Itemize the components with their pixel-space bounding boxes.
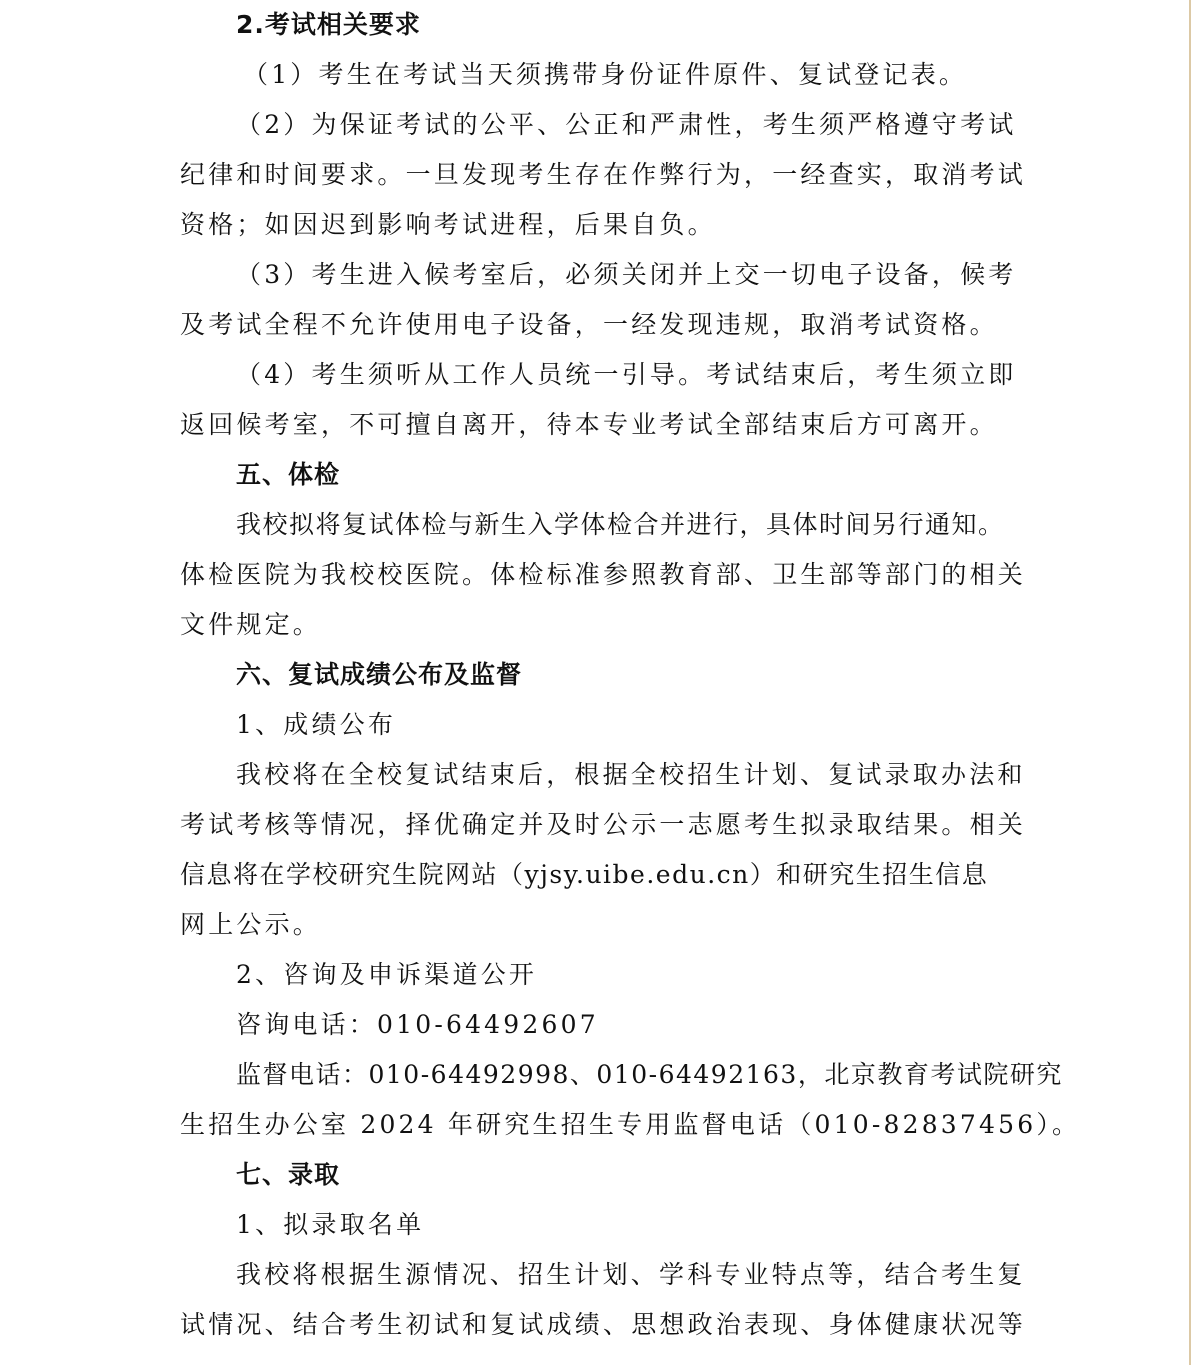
admission-line-1: 我校将根据生源情况、招生计划、学科专业特点等，结合考生复 — [236, 1250, 1026, 1300]
results-line-2: 考试考核等情况，择优确定并及时公示一志愿考生拟录取结果。相关 — [180, 800, 1026, 850]
section-heading-admission: 七、录取 — [236, 1150, 340, 1200]
requirement-2-line-1: （2）为保证考试的公平、公正和严肃性，考生须严格遵守考试 — [236, 100, 1017, 150]
subsection-title-inquiry-appeal: 2、咨询及申诉渠道公开 — [236, 950, 537, 1000]
admission-line-2: 试情况、结合考生初试和复试成绩、思想政治表现、身体健康状况等 — [180, 1300, 1026, 1350]
supervision-phone-line-1: 监督电话：010-64492998、010-64492163，北京教育考试院研究 — [236, 1050, 1063, 1100]
subsection-title-results-publication: 1、成绩公布 — [236, 700, 396, 750]
physical-exam-line-1: 我校拟将复试体检与新生入学体检合并进行，具体时间另行通知。 — [236, 500, 1005, 550]
section-heading-exam-requirements: 2.考试相关要求 — [236, 0, 421, 50]
supervision-phone-line-2: 生招生办公室 2024 年研究生招生专用监督电话（010-82837456）。 — [180, 1100, 1080, 1150]
results-line-3-with-website: 信息将在学校研究生院网站（yjsy.uibe.edu.cn）和研究生招生信息 — [180, 850, 988, 900]
section-heading-results-supervision: 六、复试成绩公布及监督 — [236, 650, 522, 700]
requirement-1-line-1: （1）考生在考试当天须携带身份证件原件、复试登记表。 — [243, 50, 967, 100]
requirement-2-line-2: 纪律和时间要求。一旦发现考生存在作弊行为，一经查实，取消考试 — [180, 150, 1026, 200]
requirement-3-line-2: 及考试全程不允许使用电子设备，一经发现违规，取消考试资格。 — [180, 300, 998, 350]
physical-exam-line-3: 文件规定。 — [180, 600, 321, 650]
requirement-4-line-2: 返回候考室，不可擅自离开，待本专业考试全部结束后方可离开。 — [180, 400, 998, 450]
physical-exam-line-2: 体检医院为我校校医院。体检标准参照教育部、卫生部等部门的相关 — [180, 550, 1026, 600]
results-line-1: 我校将在全校复试结束后，根据全校招生计划、复试录取办法和 — [236, 750, 1026, 800]
results-line-4: 网上公示。 — [180, 900, 321, 950]
requirement-2-line-3: 资格；如因迟到影响考试进程，后果自负。 — [180, 200, 716, 250]
requirement-4-line-1: （4）考生须听从工作人员统一引导。考试结束后，考生须立即 — [236, 350, 1017, 400]
subsection-title-admission-list: 1、拟录取名单 — [236, 1200, 424, 1250]
document-page: 2.考试相关要求 （1）考生在考试当天须携带身份证件原件、复试登记表。 （2）为… — [0, 0, 1189, 1365]
inquiry-phone-line: 咨询电话：010-64492607 — [236, 1000, 599, 1050]
section-heading-physical-exam: 五、体检 — [236, 450, 340, 500]
requirement-3-line-1: （3）考生进入候考室后，必须关闭并上交一切电子设备，候考 — [236, 250, 1017, 300]
